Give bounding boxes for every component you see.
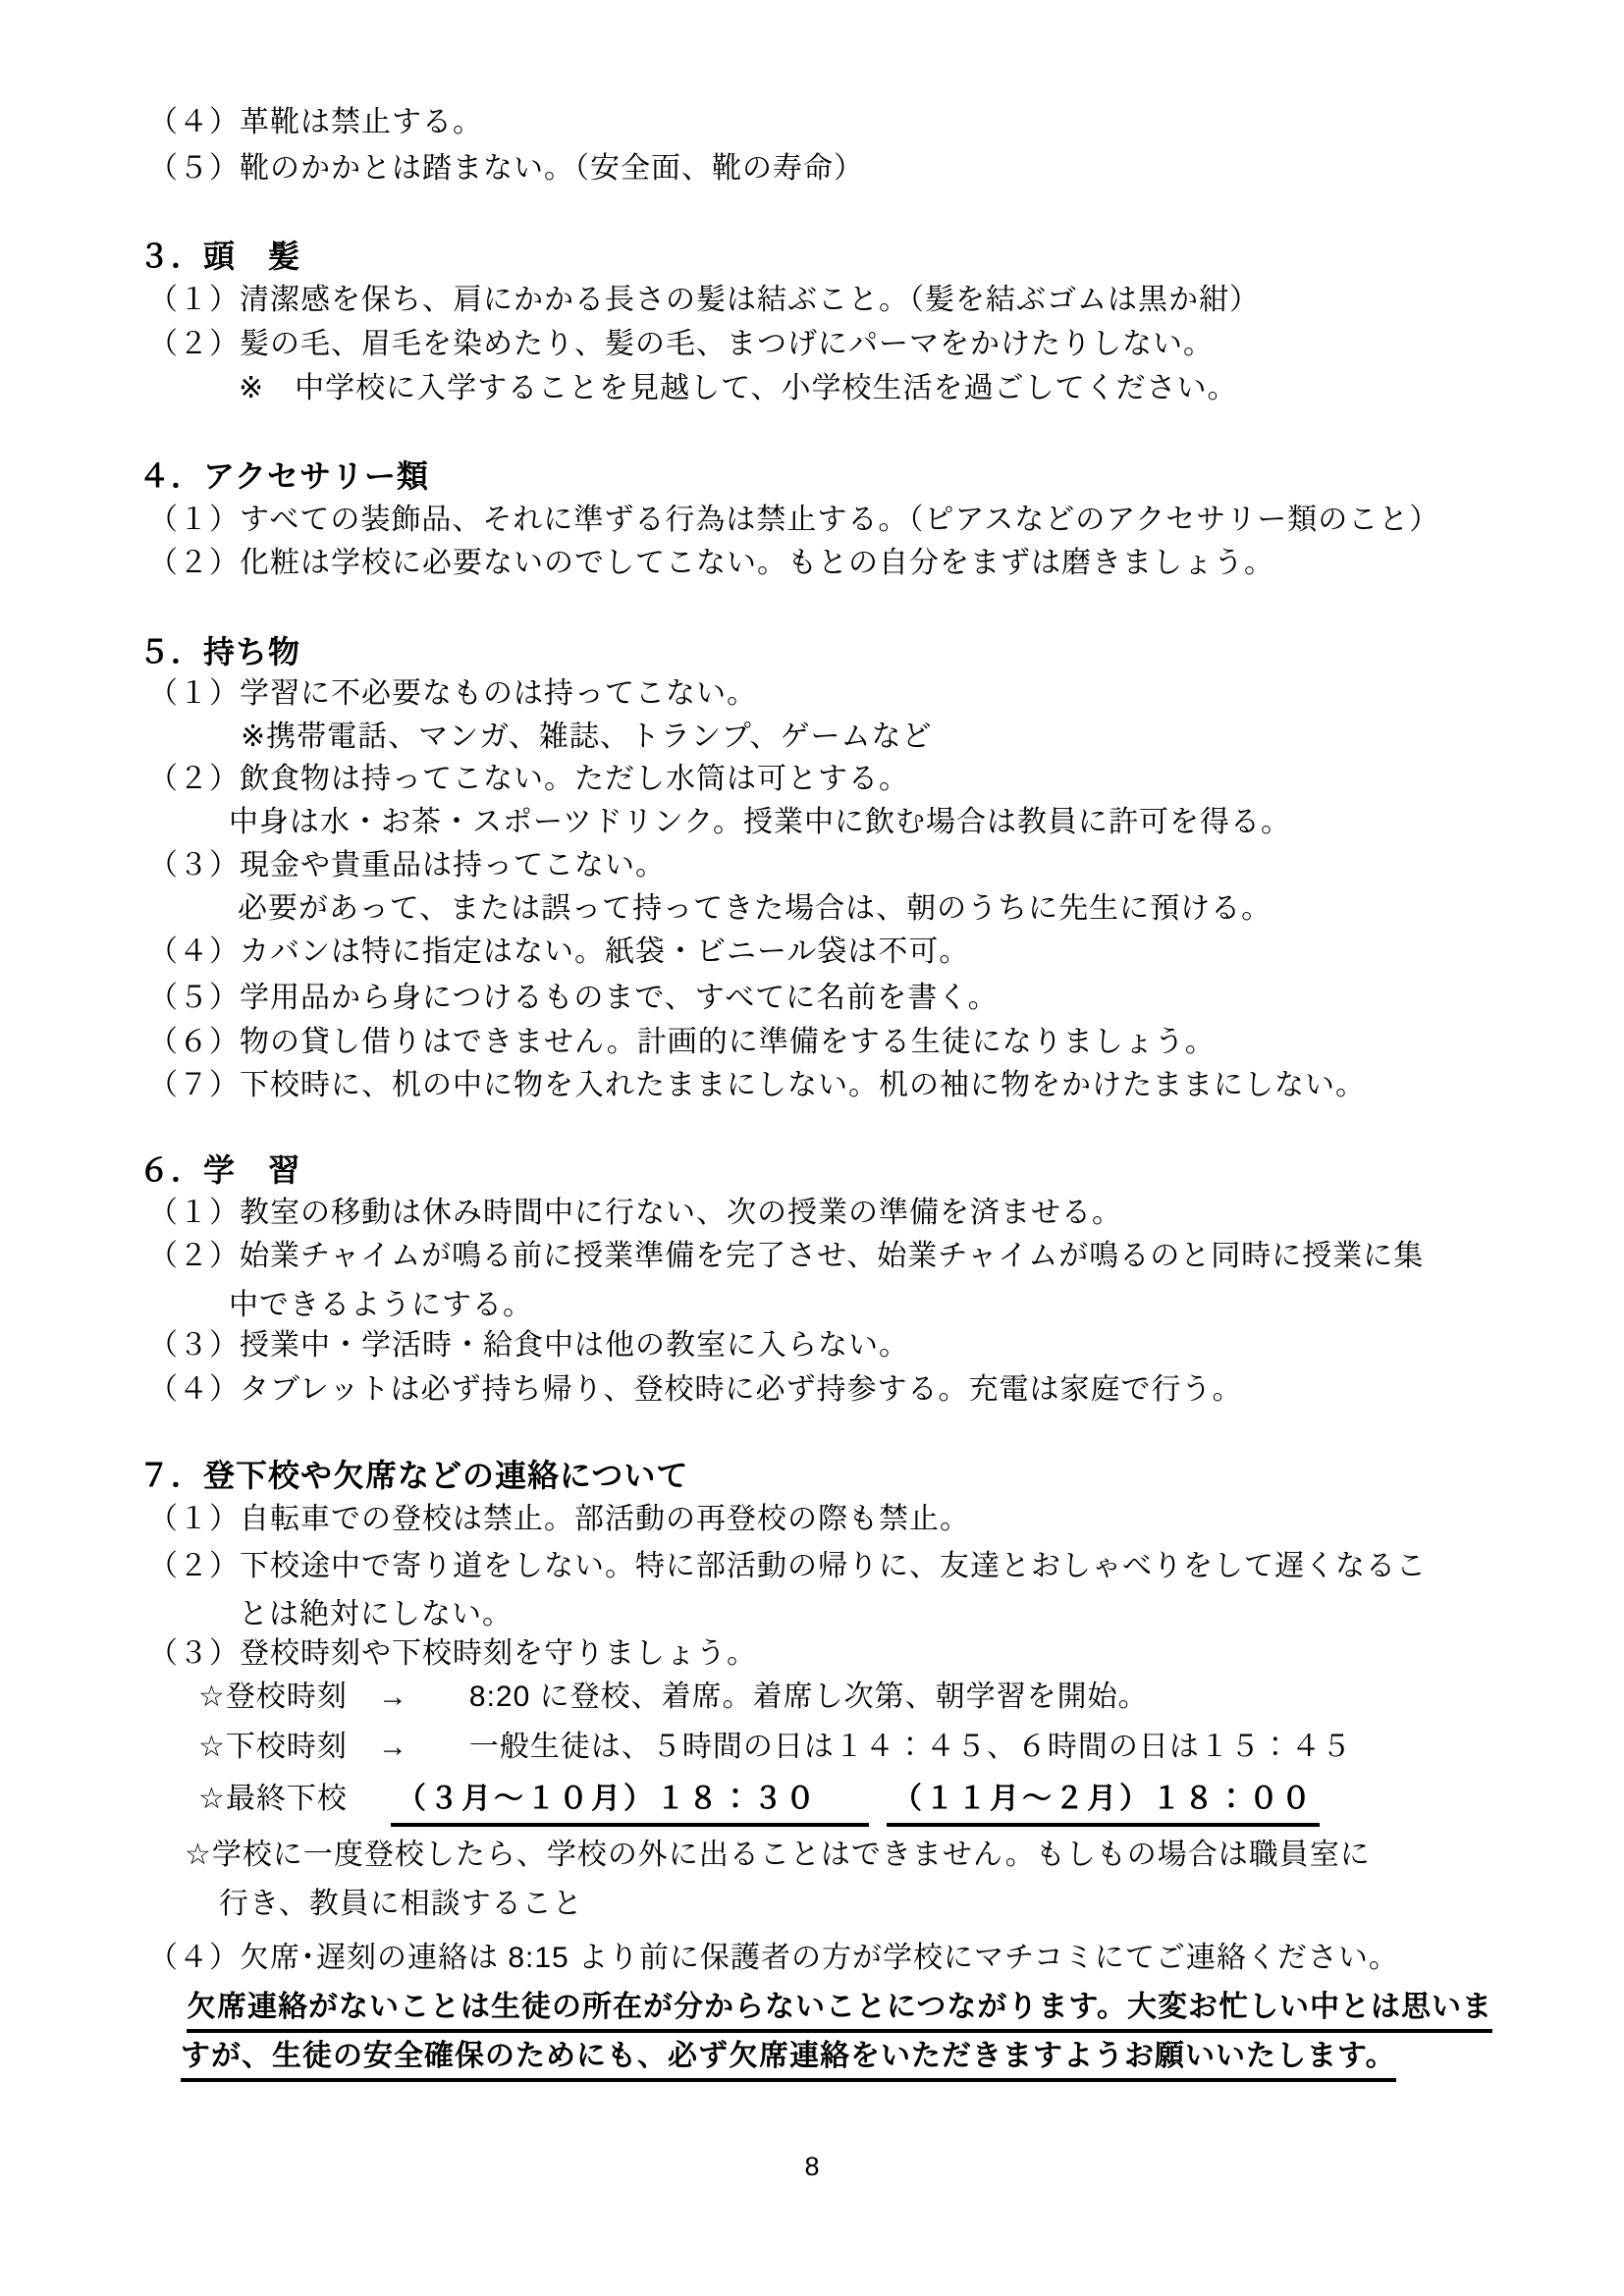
section-title: ７．登下校や欠席などの連絡について <box>138 1457 688 1494</box>
document-page: （４）革靴は禁止する。 （５）靴のかかとは踏まない。（安全面、靴の寿命） ３．頭… <box>0 0 1624 2296</box>
rule-line: （４）カバンは特に指定はない。紙袋・ビニール袋は不可。 <box>148 934 969 971</box>
rule-line: （４）タブレットは必ず持ち帰り、登校時に必ず持参する。充電は家庭で行う。 <box>148 1371 1243 1409</box>
rule-line: （４）欠席･遅刻の連絡は 8:15 より前に保護者の方が学校にマチコミにてご連絡… <box>148 1940 1399 1977</box>
final-dismissal-period-2: （１１月～２月）１８：００ <box>887 1781 1320 1827</box>
final-dismissal-period-1: （３月～１０月）１８：３０ <box>391 1781 869 1827</box>
rule-line-continuation: 中できるようにする。 <box>229 1287 533 1324</box>
absence-note-line: 欠席連絡がないことは生徒の所在が分からないことにつながります。大変お忙しい中とは… <box>187 1989 1492 2033</box>
rule-line: （５）学用品から身につけるものまで、すべてに名前を書く。 <box>148 980 999 1017</box>
rule-note-line: ※ 中学校に入学することを見越して、小学校生活を過ごしてください。 <box>239 370 1238 407</box>
rule-star-line: ☆学校に一度登校したら、学校の外に出ることはできません。もしもの場合は職員室に <box>185 1837 1371 1874</box>
section-title: ３．頭 髪 <box>138 238 300 275</box>
rule-line-continuation: とは絶対にしない。 <box>239 1596 513 1633</box>
rule-line-continuation: 行き、教員に相談すること <box>219 1886 583 1923</box>
rule-note-line: ※携帯電話、マンガ、雑誌、トランプ、ゲームなど <box>241 719 933 756</box>
rule-line: （３）登校時刻や下校時刻を守りましょう。 <box>148 1635 757 1673</box>
rule-line: （１）清潔感を保ち、肩にかかる長さの髪は結ぶこと。（髪を結ぶゴムは黒か紺） <box>148 282 1260 319</box>
rule-line: （５）靴のかかとは踏まない。（安全面、靴の寿命） <box>148 150 864 187</box>
rule-line: （７）下校時に、机の中に物を入れたままにしない。机の袖に物をかけたままにしない。 <box>148 1067 1366 1104</box>
arrival-time-line: ☆登校時刻 → 8:20 に登校、着席。着席し次第、朝学習を開始。 <box>198 1679 1149 1716</box>
rule-line: （２）飲食物は持ってこない。ただし水筒は可とする。 <box>148 761 909 798</box>
rule-line: （３）現金や貴重品は持ってこない。 <box>148 847 666 884</box>
rule-line: （４）革靴は禁止する。 <box>148 104 483 141</box>
final-dismissal-label: ☆最終下校 <box>198 1781 348 1818</box>
rule-line: （１）学習に不必要なものは持ってこない。 <box>148 675 757 713</box>
rule-line: （６）物の貸し借りはできません。計画的に準備をする生徒になりましょう。 <box>148 1024 1216 1061</box>
rule-sub-line: 必要があって、または誤って持ってきた場合は、朝のうちに先生に預ける。 <box>238 890 1272 928</box>
rule-line: （２）始業チャイムが鳴る前に授業準備を完了させ、始業チャイムが鳴るのと同時に授業… <box>148 1238 1424 1275</box>
rule-line: （２）髪の毛、眉毛を染めたり、髪の毛、まつげにパーマをかけたりしない。 <box>148 326 1214 363</box>
rule-line: （１）すべての装飾品、それに準ずる行為は禁止する。（ピアスなどのアクセサリー類の… <box>148 502 1439 539</box>
rule-line: （２）下校途中で寄り道をしない。特に部活動の帰りに、友達とおしゃべりをして遅くな… <box>148 1548 1427 1585</box>
section-title: ４．アクセサリー類 <box>138 457 429 495</box>
section-title: ６．学 習 <box>138 1151 300 1189</box>
rule-line: （３）授業中・学活時・給食中は他の教室に入らない。 <box>148 1327 909 1364</box>
absence-note-line: すが、生徒の安全確保のためにも、必ず欠席連絡をいただきますようお願いいたします。 <box>181 2038 1396 2082</box>
dismissal-time-line: ☆下校時刻 → 一般生徒は、５時間の日は１４：４５、６時間の日は１５：４５ <box>198 1729 1352 1766</box>
section-title: ５．持ち物 <box>138 633 300 670</box>
rule-sub-line: 中身は水・お茶・スポーツドリンク。授業中に飲む場合は教員に許可を得る。 <box>229 804 1291 841</box>
rule-line: （１）教室の移動は休み時間中に行ない、次の授業の準備を済ませる。 <box>148 1195 1122 1232</box>
rule-line: （２）化粧は学校に必要ないのでしてこない。もとの自分をまずは磨きましょう。 <box>148 545 1274 582</box>
rule-line: （１）自転車での登校は禁止。部活動の再登校の際も禁止。 <box>148 1501 970 1538</box>
page-number: 8 <box>0 2152 1624 2182</box>
